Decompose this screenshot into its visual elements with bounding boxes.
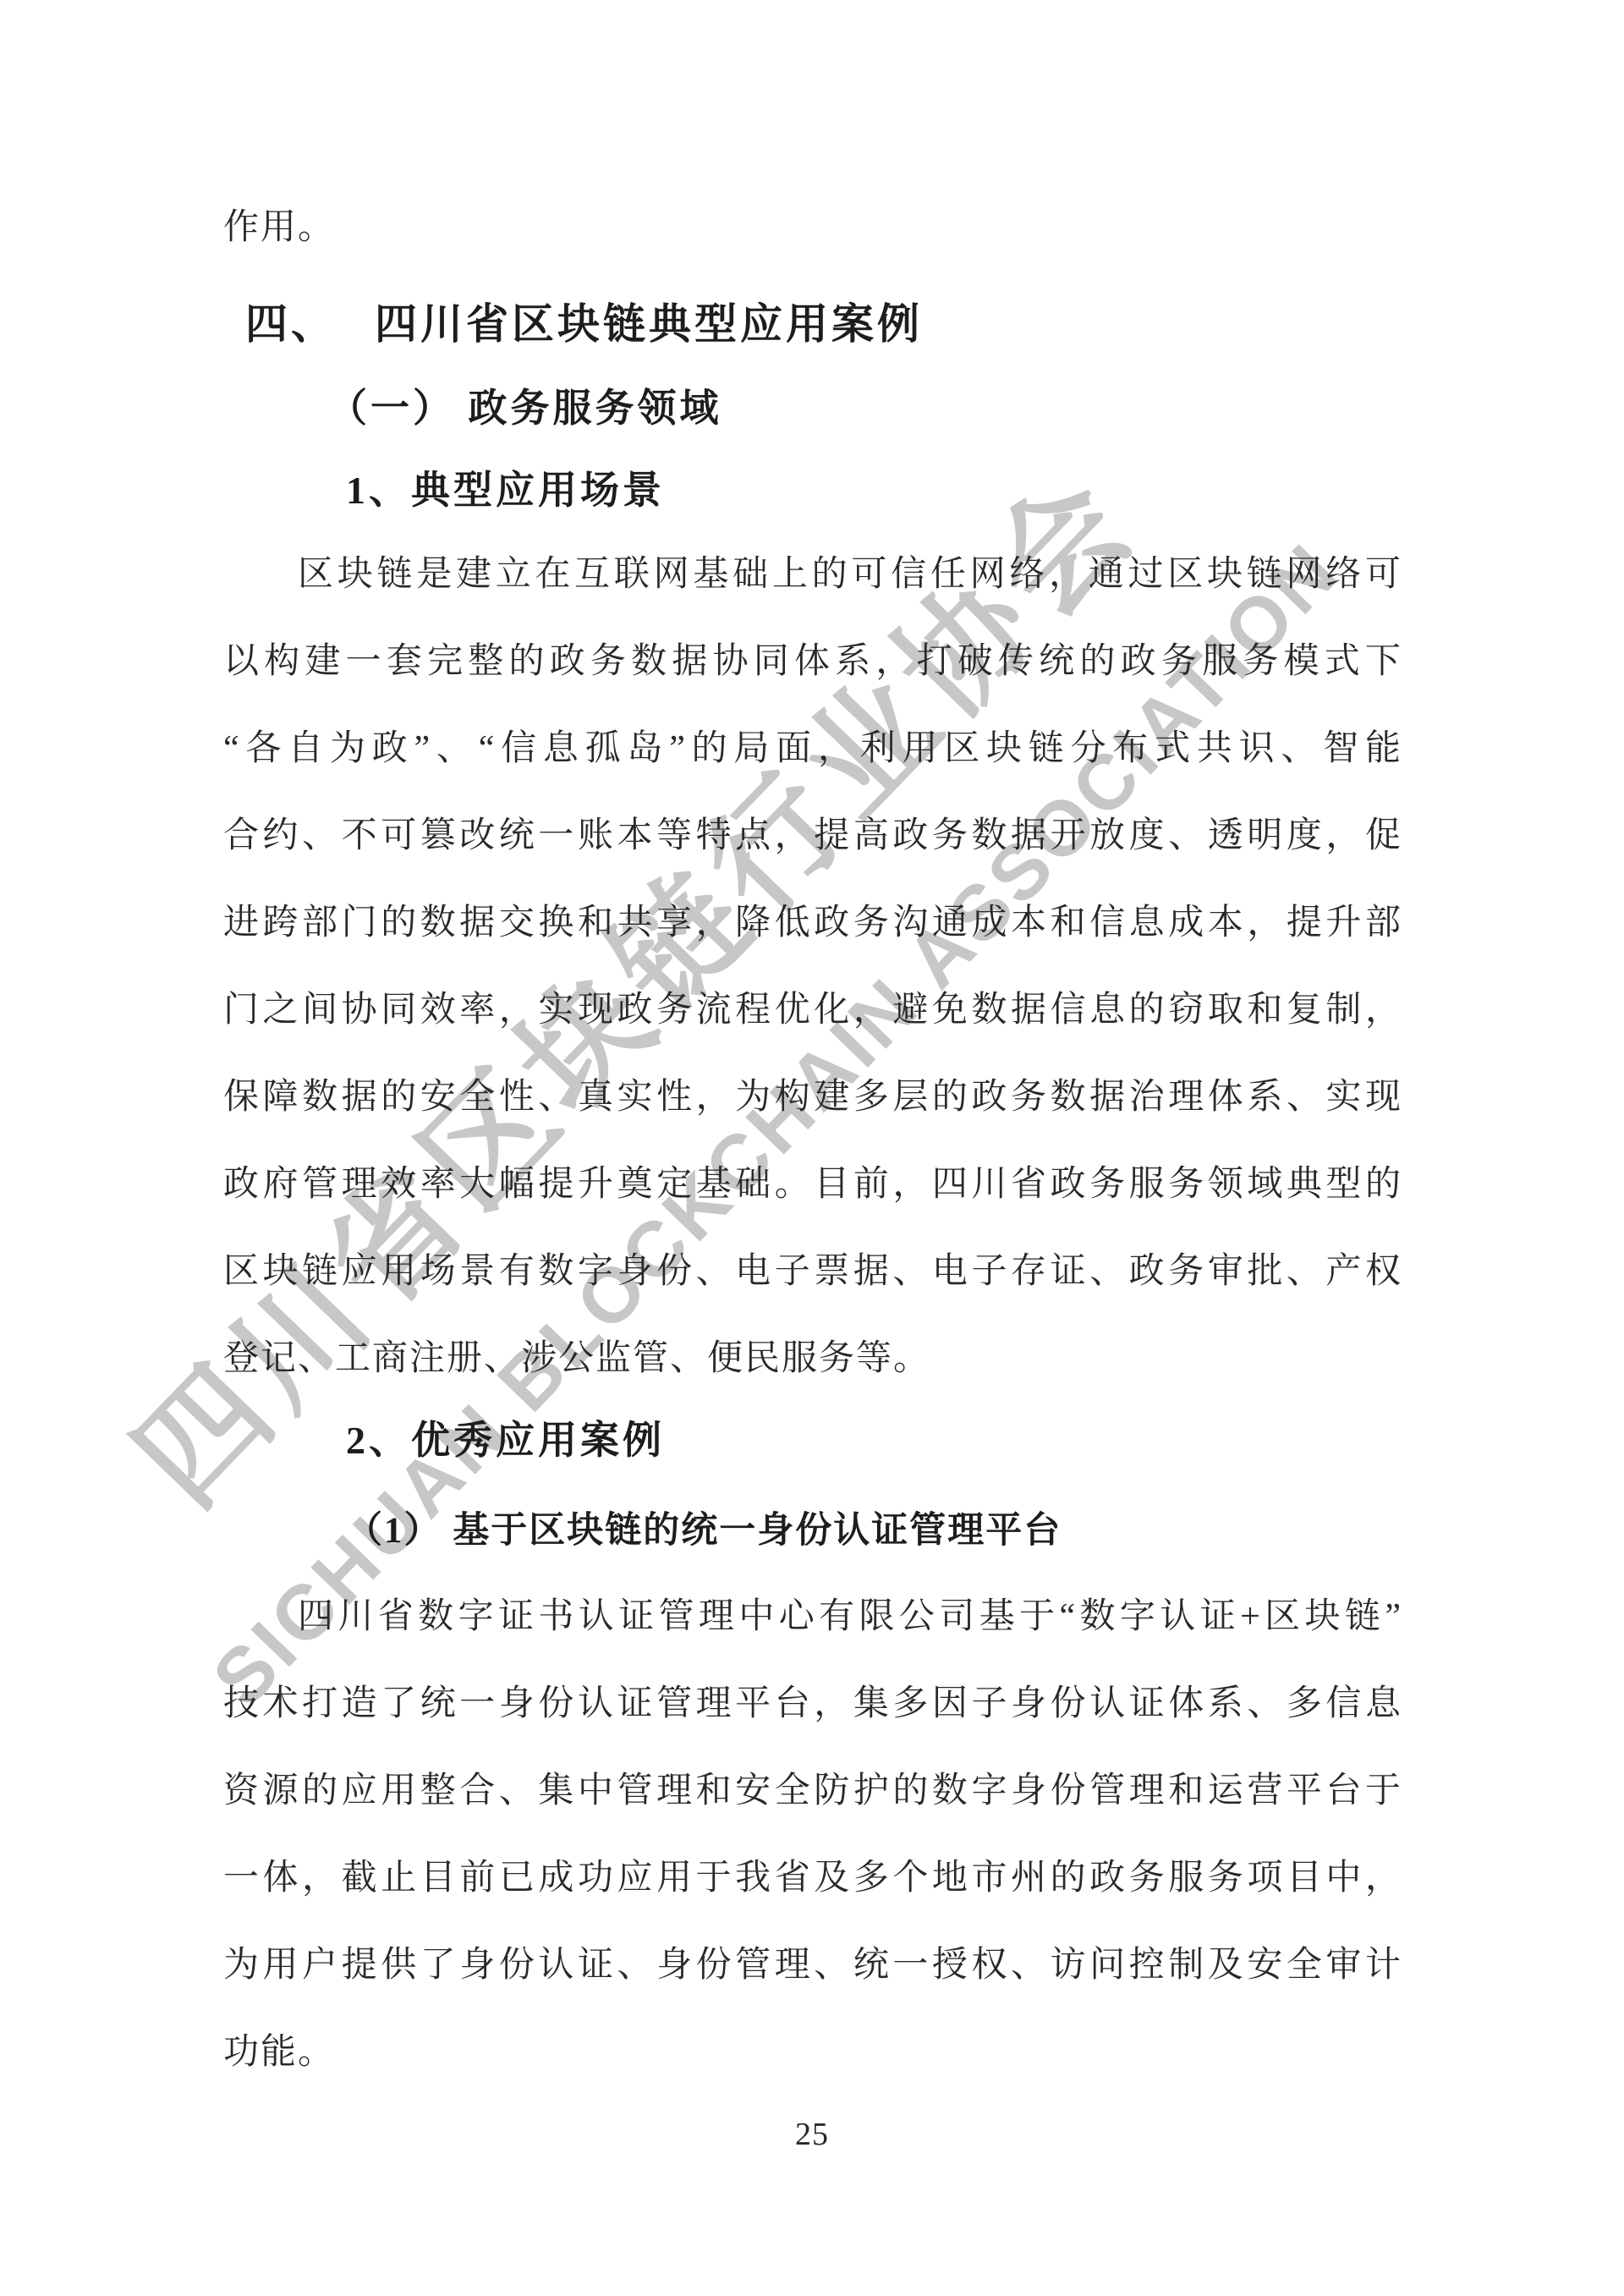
previous-paragraph-tail: 作用。 [223, 184, 1402, 272]
paragraph-line: “各自为政”、“信息孤岛”的局面，利用区块链分布式共识、智能 [223, 706, 1402, 793]
paragraph-line: 技术打造了统一身份认证管理平台，集多因子身份认证体系、多信息 [223, 1661, 1402, 1748]
paragraph-line: 保障数据的安全性、真实性，为构建多层的政务数据治理体系、实现 [223, 1054, 1402, 1141]
document-body: 作用。 四、四川省区块链典型应用案例 （一） 政务服务领域 1、典型应用场景 区… [223, 0, 1402, 2296]
paragraph-typical-scenarios: 区块链是建立在互联网基础上的可信任网络，通过区块链网络可 以构建一套完整的政务数… [223, 531, 1402, 1403]
section-number: 四、 [245, 300, 337, 348]
case-heading-identity-platform: （1） 基于区块链的统一身份认证管理平台 [223, 1505, 1402, 1557]
paragraph-line: 进跨部门的数据交换和共享，降低政务沟通成本和信息成本，提升部 [223, 880, 1402, 967]
topic-heading-typical-scenarios: 1、典型应用场景 [223, 464, 1402, 517]
page-number: 25 [0, 2113, 1624, 2156]
section-heading: 四、四川省区块链典型应用案例 [223, 296, 1402, 352]
paragraph-line: 功能。 [223, 2009, 1402, 2096]
section-title: 四川省区块链典型应用案例 [375, 300, 923, 348]
paragraph-line: 四川省数字证书认证管理中心有限公司基于“数字认证+区块链” [223, 1574, 1402, 1661]
paragraph-line: 为用户提供了身份认证、身份管理、统一授权、访问控制及安全审计 [223, 1922, 1402, 2009]
paragraph-line: 区块链是建立在互联网基础上的可信任网络，通过区块链网络可 [223, 531, 1402, 618]
topic-heading-excellent-cases: 2、优秀应用案例 [223, 1414, 1402, 1467]
subsection-heading: （一） 政务服务领域 [223, 382, 1402, 435]
paragraph-identity-platform: 四川省数字证书认证管理中心有限公司基于“数字认证+区块链” 技术打造了统一身份认… [223, 1574, 1402, 2096]
paragraph-line: 一体，截止目前已成功应用于我省及多个地市州的政务服务项目中， [223, 1835, 1402, 1922]
paragraph-line: 以构建一套完整的政务数据协同体系，打破传统的政务服务模式下 [223, 618, 1402, 706]
paragraph-line: 门之间协同效率，实现政务流程优化，避免数据信息的窃取和复制， [223, 967, 1402, 1054]
paragraph-line: 政府管理效率大幅提升奠定基础。目前，四川省政务服务领域典型的 [223, 1141, 1402, 1228]
paragraph-line: 登记、工商注册、涉公监管、便民服务等。 [223, 1316, 1402, 1403]
document-page: 四川省区块链行业协会 SICHUAN BLOCKCHAIN ASSOCIATIO… [0, 0, 1624, 2296]
paragraph-line: 合约、不可篡改统一账本等特点，提高政务数据开放度、透明度，促 [223, 793, 1402, 880]
paragraph-line: 区块链应用场景有数字身份、电子票据、电子存证、政务审批、产权 [223, 1228, 1402, 1316]
paragraph-line: 资源的应用整合、集中管理和安全防护的数字身份管理和运营平台于 [223, 1748, 1402, 1835]
